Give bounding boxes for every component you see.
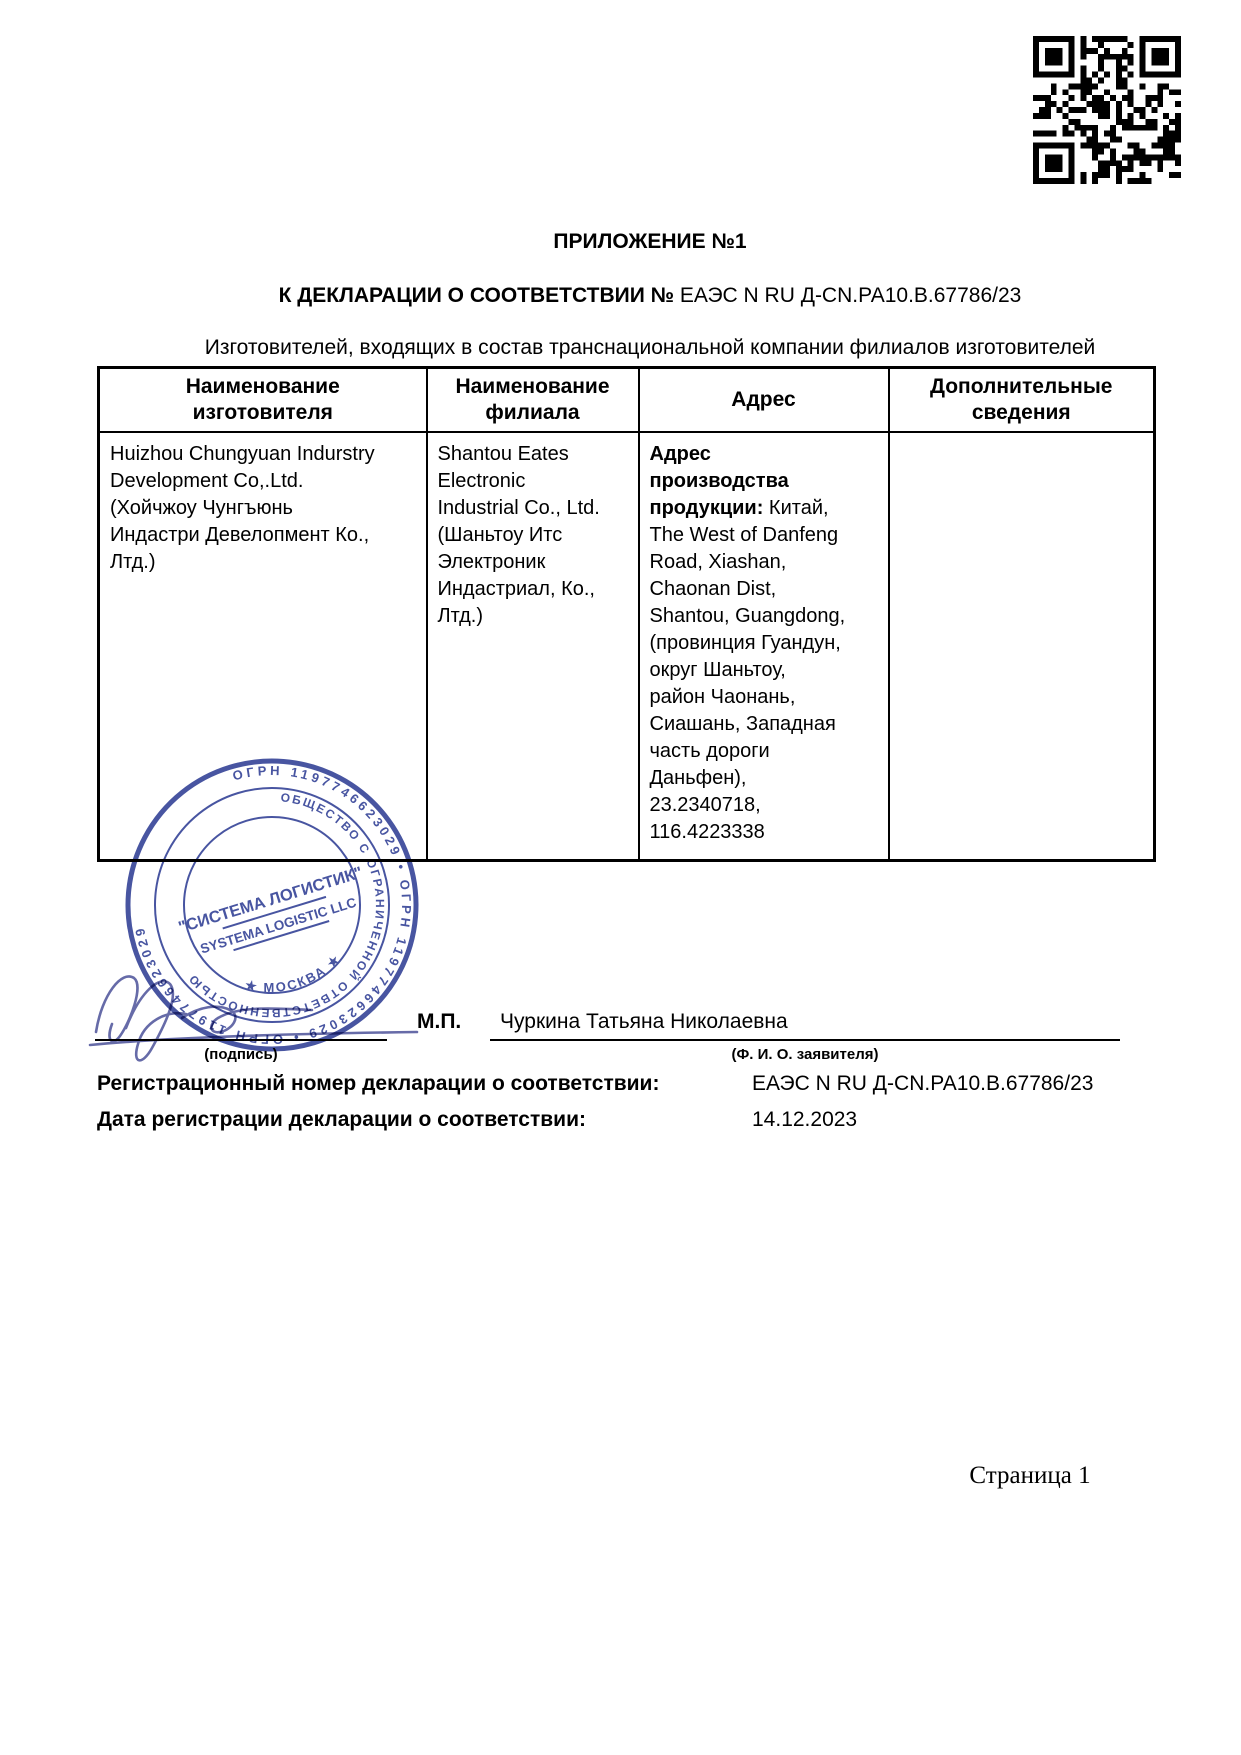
declaration-title: К ДЕКЛАРАЦИИ О СООТВЕТСТВИИ № ЕАЭС N RU … — [60, 284, 1240, 308]
table-caption: Изготовителей, входящих в состав трансна… — [60, 336, 1240, 360]
page-title: ПРИЛОЖЕНИЕ №1 — [60, 230, 1240, 254]
signature-caption: (подпись) — [95, 1046, 387, 1063]
address-value: Китай, The West of Danfeng Road, Xiashan… — [650, 497, 846, 843]
applicant-name-line — [490, 1039, 1120, 1041]
col-header-address: Адрес — [639, 368, 889, 433]
col-header-additional: Дополнительные сведения — [889, 368, 1155, 433]
declaration-number: ЕАЭС N RU Д-CN.РА10.В.67786/23 — [680, 284, 1021, 307]
col-header-manufacturer: Наименование изготовителя — [99, 368, 427, 433]
qr-code — [1033, 36, 1181, 184]
col-header-branch: Наименование филиала — [427, 368, 639, 433]
cell-branch: Shantou Eates Electronic Industrial Co.,… — [427, 432, 639, 861]
table-header-row: Наименование изготовителя Наименование ф… — [99, 368, 1155, 433]
signature-line — [95, 1039, 387, 1041]
document-page: ПРИЛОЖЕНИЕ №1 К ДЕКЛАРАЦИИ О СООТВЕТСТВИ… — [0, 0, 1241, 1755]
page-number: Страница 1 — [930, 1462, 1130, 1490]
applicant-name-caption: (Ф. И. О. заявителя) — [490, 1046, 1120, 1063]
applicant-name: Чуркина Татьяна Николаевна — [500, 1010, 788, 1034]
cell-address: Адрес производства продукции: Китай, The… — [639, 432, 889, 861]
registration-number-label: Регистрационный номер декларации о соотв… — [97, 1072, 659, 1096]
registration-number-value: ЕАЭС N RU Д-CN.РА10.В.67786/23 — [752, 1072, 1093, 1096]
stamp-place-label: М.П. — [417, 1010, 461, 1034]
declaration-title-prefix: К ДЕКЛАРАЦИИ О СООТВЕТСТВИИ № — [279, 284, 680, 307]
registration-date-label: Дата регистрации декларации о соответств… — [97, 1108, 586, 1132]
cell-additional — [889, 432, 1155, 861]
registration-date-value: 14.12.2023 — [752, 1108, 857, 1132]
